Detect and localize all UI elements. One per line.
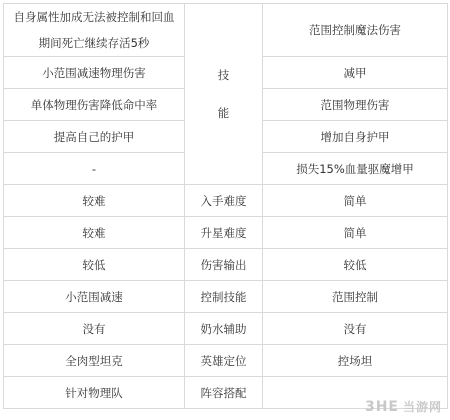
attribute-label-cell: 控制技能: [185, 281, 263, 313]
table-row: 较难 升星难度 简单: [4, 217, 448, 249]
right-skill-cell: 范围控制魔法伤害: [263, 4, 448, 57]
right-skill-cell: 范围物理伤害: [263, 89, 448, 121]
right-value-cell: 简单: [263, 185, 448, 217]
left-value-cell: 较难: [4, 185, 185, 217]
right-skill-cell: 损失15%血量驱魔增甲: [263, 153, 448, 185]
skill-label-char: 能: [189, 94, 258, 132]
attribute-label-cell: 奶水辅助: [185, 313, 263, 345]
right-value-cell: 简单: [263, 217, 448, 249]
watermark-text: 当游网: [403, 400, 442, 414]
left-value-cell: 全肉型坦克: [4, 345, 185, 377]
hero-comparison-table: 自身属性加成无法被控制和回血 期间死亡继续存活5秒 技 能 范围控制魔法伤害 小…: [3, 3, 448, 409]
table-row: 较低 伤害输出 较低: [4, 249, 448, 281]
left-skill-cell: 小范围减速物理伤害: [4, 57, 185, 89]
cell-text: 期间死亡继续存活5秒: [8, 30, 180, 56]
left-value-cell: 小范围减速: [4, 281, 185, 313]
right-value-cell: 较低: [263, 249, 448, 281]
left-skill-cell: 单体物理伤害降低命中率: [4, 89, 185, 121]
site-watermark: 3HE当游网: [365, 398, 442, 415]
right-skill-cell: 减甲: [263, 57, 448, 89]
attribute-label-cell: 阵容搭配: [185, 377, 263, 409]
table-row: 自身属性加成无法被控制和回血 期间死亡继续存活5秒 技 能 范围控制魔法伤害: [4, 4, 448, 57]
table-row: 较难 入手难度 简单: [4, 185, 448, 217]
attribute-label-cell: 伤害输出: [185, 249, 263, 281]
left-value-cell: 较低: [4, 249, 185, 281]
attribute-label-cell: 升星难度: [185, 217, 263, 249]
right-value-cell: 范围控制: [263, 281, 448, 313]
table-row: 小范围减速 控制技能 范围控制: [4, 281, 448, 313]
left-skill-cell: 提高自己的护甲: [4, 121, 185, 153]
left-skill-cell: -: [4, 153, 185, 185]
skill-label-char: 技: [189, 56, 258, 94]
left-skill-cell: 自身属性加成无法被控制和回血 期间死亡继续存活5秒: [4, 4, 185, 57]
right-skill-cell: 增加自身护甲: [263, 121, 448, 153]
left-value-cell: 针对物理队: [4, 377, 185, 409]
right-value-cell: 没有: [263, 313, 448, 345]
site-logo-icon: 3HE: [365, 399, 399, 415]
table-row: 全肉型坦克 英雄定位 控场坦: [4, 345, 448, 377]
attribute-label-cell: 入手难度: [185, 185, 263, 217]
table-row: 没有 奶水辅助 没有: [4, 313, 448, 345]
left-value-cell: 没有: [4, 313, 185, 345]
right-value-cell: 控场坦: [263, 345, 448, 377]
left-value-cell: 较难: [4, 217, 185, 249]
skill-label-cell: 技 能: [185, 4, 263, 185]
cell-text: 自身属性加成无法被控制和回血: [8, 4, 180, 30]
attribute-label-cell: 英雄定位: [185, 345, 263, 377]
